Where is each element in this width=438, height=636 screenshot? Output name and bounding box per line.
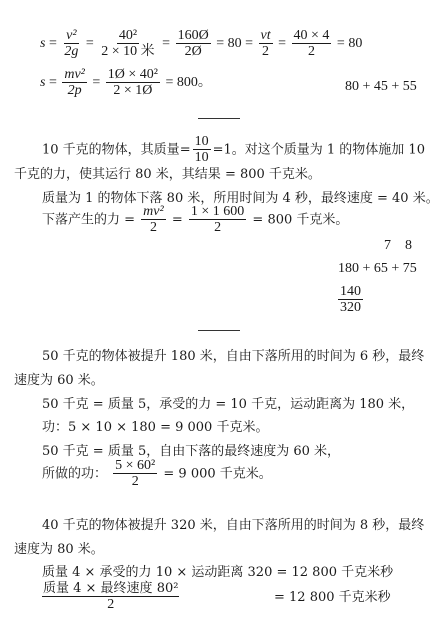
fraction: 40 × 42 [292, 28, 332, 60]
paragraph-line: 40 千克的物体被提升 320 米，自由下落所用的时间为 8 秒，最终 [42, 514, 424, 533]
fraction: 5 × 60²2 [113, 458, 157, 490]
fraction: 40²2 × 10 米 [99, 28, 156, 60]
fraction: 1Ø × 40²2 × 1Ø [106, 67, 160, 99]
side-digits: 7 8 [384, 238, 412, 254]
result: = 80 = [216, 36, 253, 51]
fraction: v²2g [62, 28, 80, 60]
paragraph-line: 50 千克的物体被提升 180 米，自由下落所用的时间为 6 秒，最终 [42, 345, 424, 364]
paragraph-line: 所做的功： 5 × 60²2 = 9 000 千克米。 [42, 458, 272, 490]
fraction: 1010 [193, 134, 211, 166]
paragraph-line: 速度为 60 米。 [14, 369, 104, 388]
paragraph-line: = 12 800 千克米秒 [274, 586, 391, 605]
fraction: mv²2 [141, 204, 166, 236]
section-divider [198, 118, 240, 119]
paragraph-line: 50 千克 = 质量 5，承受的力 = 10 千克，运动距离为 180 米， [42, 393, 414, 412]
result: = 800。 [166, 75, 212, 90]
fraction: 质量 4 × 最终速度 80²2 [42, 582, 179, 613]
side-sum-1: 80 + 45 + 55 [345, 79, 417, 95]
paragraph-line: 速度为 80 米。 [14, 538, 104, 557]
paragraph-line: 千克的力，使其运行 80 米，其结果 = 800 千克米。 [14, 163, 321, 182]
equation-1: s = v²2g = 40²2 × 10 米 = 160Ø2Ø = 80 = v… [40, 28, 362, 60]
paragraph-line: 50 千克 = 质量 5，自由下落的最终速度为 60 米， [42, 440, 340, 459]
paragraph-line: 质量 4 × 承受的力 10 × 运动距离 320 = 12 800 千克米秒 [42, 561, 393, 580]
paragraph-line: 10 千克的物体，其质量=1010=1。对这个质量为 1 的物体施加 10 [42, 134, 425, 166]
paragraph-line: 功：5 × 10 × 180 = 9 000 千克米。 [42, 416, 268, 435]
result: = 80 [337, 36, 362, 51]
section-divider [198, 330, 240, 331]
fraction: 160Ø2Ø [176, 28, 211, 60]
fraction: 1 × 1 6002 [189, 204, 246, 236]
paragraph-line: 下落产生的力 = mv²2 = 1 × 1 6002 = 800 千克米。 [42, 204, 348, 236]
fraction: mv²2p [62, 67, 87, 99]
side-fraction: 140320 [338, 284, 363, 316]
var-s: s [40, 36, 45, 51]
equation-2: s = mv²2p = 1Ø × 40²2 × 1Ø = 800。 [40, 67, 212, 99]
side-sum-2: 180 + 65 + 75 [338, 261, 417, 277]
fraction: vt2 [259, 28, 273, 60]
